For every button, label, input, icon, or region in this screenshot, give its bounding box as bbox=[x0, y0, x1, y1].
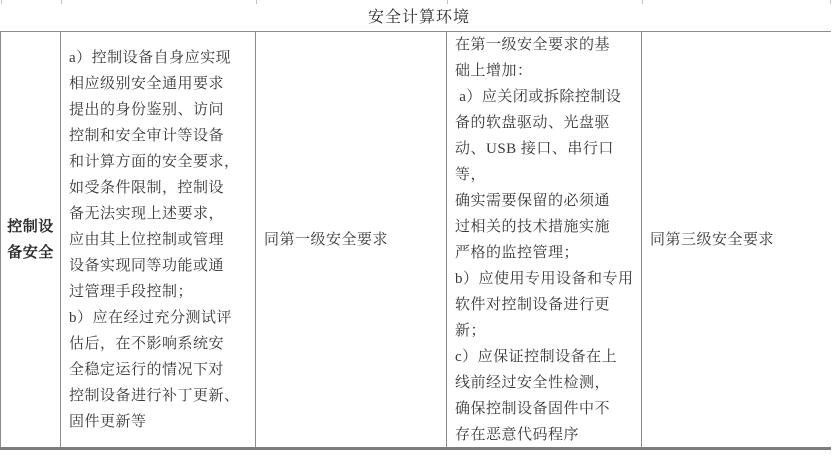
category-cell: 控制设 备安全 bbox=[0, 32, 61, 447]
level1-requirement-cell: a）控制设备自身应实现 相应级别安全通用要求 提出的身份鉴别、访问 控制和安全审… bbox=[61, 32, 256, 447]
level3-requirement-text: 在第一级安全要求的基 础上增加： a）应关闭或拆除控制设 备的软盘驱动、光盘驱 … bbox=[455, 32, 639, 447]
table-title-row: 安全计算环境 bbox=[0, 0, 838, 31]
level2-requirement-text: 同第一级安全要求 bbox=[264, 227, 388, 253]
level3-requirement-cell: 在第一级安全要求的基 础上增加： a）应关闭或拆除控制设 备的软盘驱动、光盘驱 … bbox=[447, 32, 642, 447]
level2-requirement-cell: 同第一级安全要求 bbox=[256, 32, 447, 447]
crop-tick bbox=[447, 0, 448, 4]
crop-tick bbox=[61, 0, 62, 4]
crop-tick bbox=[830, 0, 831, 4]
category-label: 控制设 备安全 bbox=[7, 214, 54, 266]
document-page: 安全计算环境 控制设 备安全 a）控制设备自身应实现 相应级别安全通用要求 提出… bbox=[0, 0, 838, 456]
level4-requirement-text: 同第三级安全要求 bbox=[650, 227, 774, 253]
crop-tick bbox=[256, 0, 257, 4]
requirements-table: 控制设 备安全 a）控制设备自身应实现 相应级别安全通用要求 提出的身份鉴别、访… bbox=[0, 31, 831, 450]
crop-tick bbox=[1, 0, 2, 4]
crop-tick bbox=[642, 0, 643, 4]
table-title: 安全计算环境 bbox=[368, 4, 470, 27]
level1-requirement-text: a）控制设备自身应实现 相应级别安全通用要求 提出的身份鉴别、访问 控制和安全审… bbox=[69, 45, 240, 435]
level4-requirement-cell: 同第三级安全要求 bbox=[642, 32, 831, 447]
